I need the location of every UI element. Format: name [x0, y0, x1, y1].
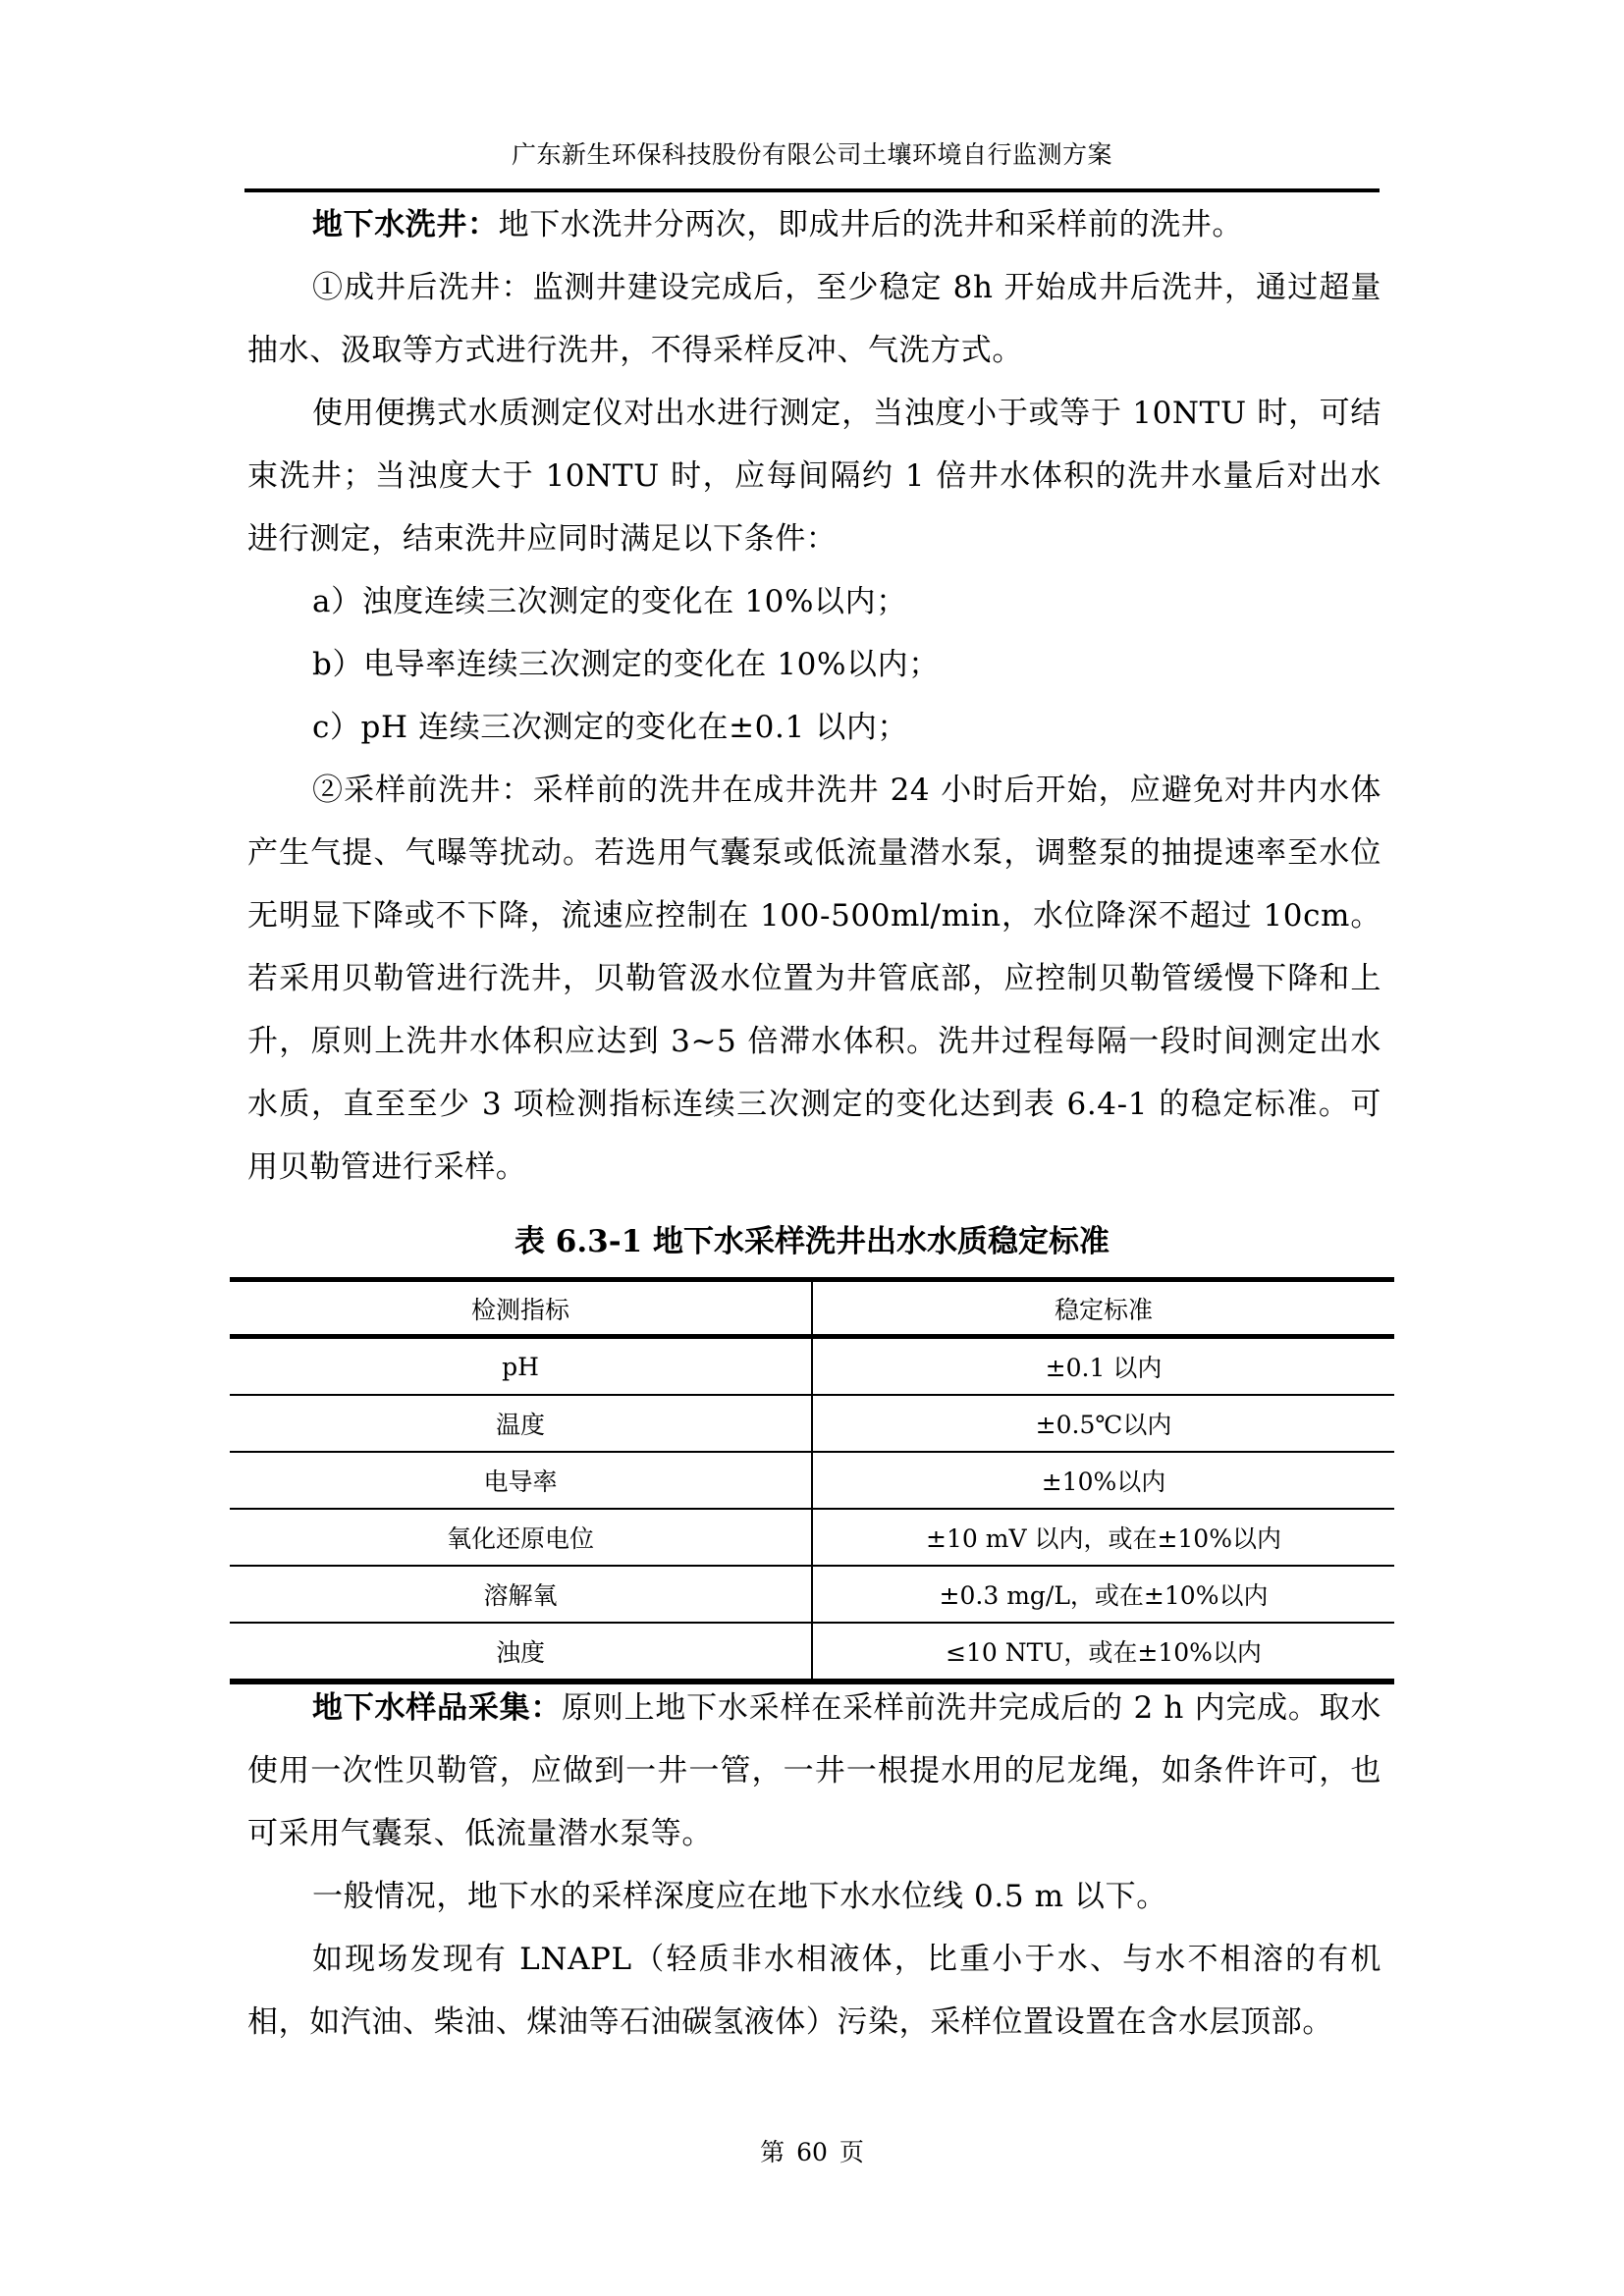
column-header-standard: 稳定标准	[812, 1280, 1394, 1337]
indicator-cell: 氧化还原电位	[230, 1509, 812, 1566]
standard-cell: ±10 mV 以内，或在±10%以内	[812, 1509, 1394, 1566]
indicator-cell: 温度	[230, 1395, 812, 1452]
page-number-suffix: 页	[839, 2138, 864, 2166]
table-row: pH ±0.1 以内	[230, 1337, 1394, 1396]
page-number-value: 60	[796, 2138, 828, 2166]
well-washing-intro: 地下水洗井：地下水洗井分两次，即成井后的洗井和采样前的洗井。	[247, 193, 1381, 256]
standard-cell: ≤10 NTU，或在±10%以内	[812, 1623, 1394, 1682]
table-header-row: 检测指标 稳定标准	[230, 1280, 1394, 1337]
table-row: 浊度 ≤10 NTU，或在±10%以内	[230, 1623, 1394, 1682]
sampling-paragraph: 地下水样品采集：原则上地下水采样在采样前洗井完成后的 2 h 内完成。取水使用一…	[247, 1677, 1381, 1865]
condition-a: a）浊度连续三次测定的变化在 10%以内；	[247, 570, 1381, 633]
indicator-cell: 电导率	[230, 1452, 812, 1509]
well-washing-intro-text: 地下水洗井分两次，即成井后的洗井和采样前的洗井。	[499, 207, 1243, 242]
standard-cell: ±0.5℃以内	[812, 1395, 1394, 1452]
condition-b: b）电导率连续三次测定的变化在 10%以内；	[247, 633, 1381, 696]
standard-cell: ±0.1 以内	[812, 1337, 1394, 1396]
pre-sampling-lead: ②采样前洗井：	[312, 773, 533, 808]
page-number: 第60页	[0, 2133, 1624, 2172]
table-row: 氧化还原电位 ±10 mV 以内，或在±10%以内	[230, 1509, 1394, 1566]
condition-c: c）pH 连续三次测定的变化在±0.1 以内；	[247, 696, 1381, 759]
table-caption: 表 6.3-1 地下水采样洗井出水水质稳定标准	[230, 1217, 1394, 1266]
indicator-cell: 溶解氧	[230, 1566, 812, 1623]
lnapl-paragraph: 如现场发现有 LNAPL（轻质非水相液体，比重小于水、与水不相溶的有机相，如汽油…	[247, 1928, 1381, 2054]
standard-cell: ±0.3 mg/L，或在±10%以内	[812, 1566, 1394, 1623]
sampling-section: 地下水样品采集：原则上地下水采样在采样前洗井完成后的 2 h 内完成。取水使用一…	[247, 1677, 1381, 2054]
pre-sampling-washing: ②采样前洗井：采样前的洗井在成井洗井 24 小时后开始，应避免对井内水体产生气提…	[247, 759, 1381, 1199]
indicator-cell: pH	[230, 1337, 812, 1396]
well-washing-heading: 地下水洗井：	[312, 207, 499, 242]
post-construction-washing: ①成井后洗井：监测井建设完成后，至少稳定 8h 开始成井后洗井，通过超量抽水、汲…	[247, 256, 1381, 382]
table-row: 温度 ±0.5℃以内	[230, 1395, 1394, 1452]
page-number-prefix: 第	[760, 2138, 785, 2166]
measurement-paragraph: 使用便携式水质测定仪对出水进行测定，当浊度小于或等于 10NTU 时，可结束洗井…	[247, 382, 1381, 570]
sampling-depth-paragraph: 一般情况，地下水的采样深度应在地下水水位线 0.5 m 以下。	[247, 1865, 1381, 1928]
indicator-cell: 浊度	[230, 1623, 812, 1682]
pre-sampling-text: 采样前的洗井在成井洗井 24 小时后开始，应避免对井内水体产生气提、气曝等扰动。…	[247, 773, 1381, 1185]
table-row: 电导率 ±10%以内	[230, 1452, 1394, 1509]
page-header-title: 广东新生环保科技股份有限公司土壤环境自行监测方案	[244, 135, 1380, 175]
sampling-heading: 地下水样品采集：	[312, 1690, 562, 1726]
stability-standard-table: 检测指标 稳定标准 pH ±0.1 以内 温度 ±0.5℃以内 电导率 ±10%…	[230, 1277, 1394, 1684]
standard-cell: ±10%以内	[812, 1452, 1394, 1509]
post-construction-lead: ①成井后洗井：	[312, 270, 533, 305]
header-rule	[244, 188, 1380, 192]
column-header-indicator: 检测指标	[230, 1280, 812, 1337]
well-washing-section: 地下水洗井：地下水洗井分两次，即成井后的洗井和采样前的洗井。 ①成井后洗井：监测…	[247, 193, 1381, 1199]
table-row: 溶解氧 ±0.3 mg/L，或在±10%以内	[230, 1566, 1394, 1623]
